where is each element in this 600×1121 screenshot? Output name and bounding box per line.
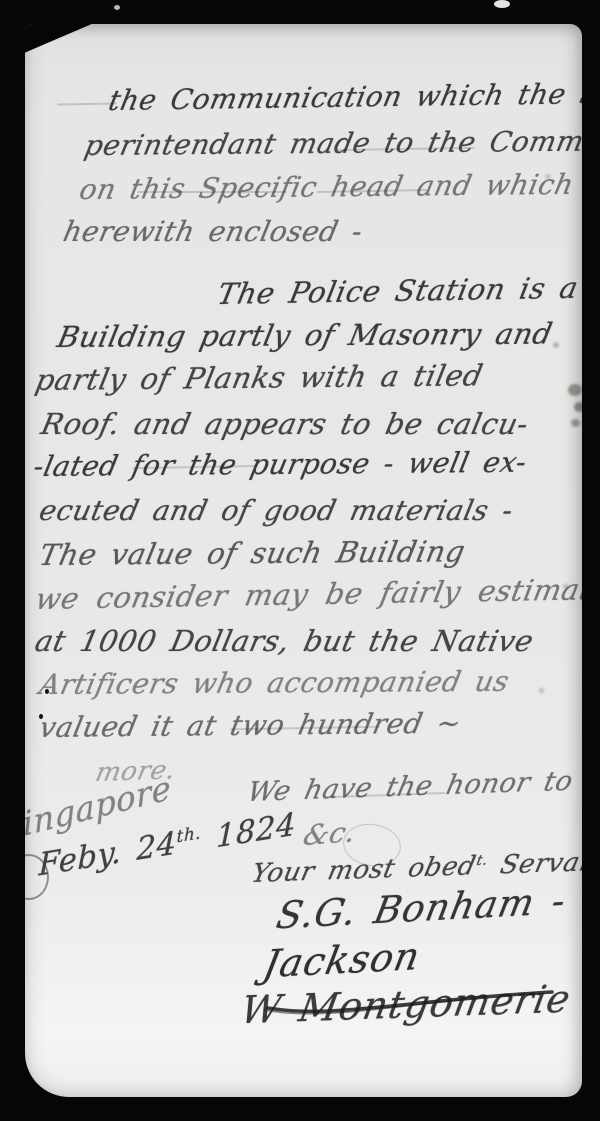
manuscript-line: partly of Planks with a tiled: [33, 360, 486, 397]
manuscript-line: at 1000 Dollars, but the Native: [32, 626, 536, 658]
foxing-stain: [539, 688, 544, 693]
foxing-stain: [571, 419, 580, 427]
manuscript-line: valued it at two hundred ~: [37, 709, 464, 744]
manuscript-line: we consider may be fairly estimated: [33, 574, 582, 616]
foxing-stain: [545, 174, 551, 179]
manuscript-line: the Communication which the Su: [106, 79, 582, 117]
manuscript-line: ecuted and of good materials -: [36, 496, 515, 527]
manuscript-line: Artificers who accompanied us: [37, 667, 512, 701]
signature-bonham: S.G. Bonham -: [273, 881, 570, 937]
ink-dot: [39, 714, 43, 719]
letter-page: the Communication which the Su perintend…: [25, 24, 582, 1097]
manuscript-line: perintendant made to the Committee: [82, 126, 582, 162]
foxing-stain: [563, 584, 569, 589]
foxing-stain: [568, 384, 582, 396]
manuscript-line: -lated for the purpose - well ex-: [31, 448, 530, 483]
foxing-stain: [574, 402, 582, 412]
manuscript-line: Roof. and appears to be calcu-: [38, 409, 531, 441]
scan-speck: [494, 0, 510, 8]
manuscript-line: herewith enclosed -: [60, 217, 365, 248]
signature-montgomerie: W Montgomerie: [238, 979, 574, 1033]
manuscript-line: Building partly of Masonry and: [54, 319, 555, 354]
corner-shadow: [25, 24, 94, 53]
manuscript-line: on this Specific head and which is: [77, 169, 582, 205]
scanned-letter-background: the Communication which the Su perintend…: [0, 0, 600, 1121]
manuscript-line: The Police Station is a: [215, 273, 581, 311]
scan-speck: [114, 5, 120, 10]
closing-honor-line: We have the honor to be: [245, 765, 582, 808]
ink-dot: [45, 689, 49, 694]
foxing-stain: [553, 342, 559, 348]
manuscript-line: The value of such Building: [36, 536, 467, 572]
